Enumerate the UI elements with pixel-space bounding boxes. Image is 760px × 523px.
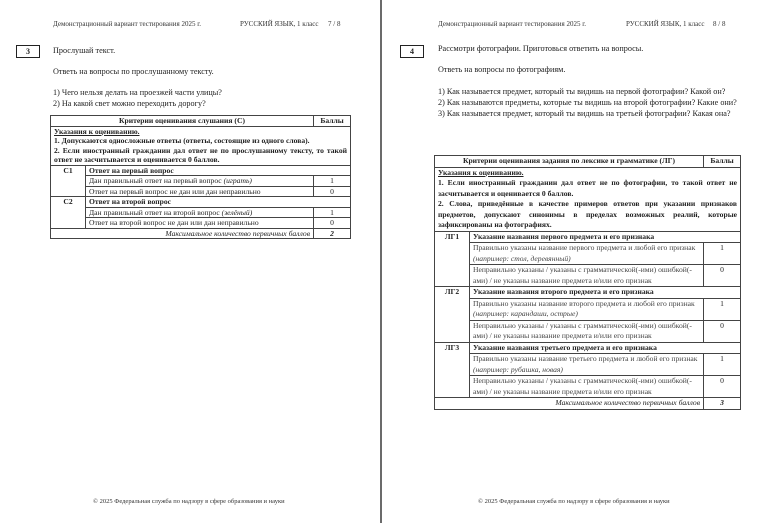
criterion-description: Правильно указаны название третьего пред… [470, 354, 704, 376]
criterion-points: 0 [704, 376, 741, 398]
criterion-code: ЛГ3 [435, 342, 470, 398]
table-row: Ответ на второй вопрос не дан или дан не… [51, 218, 351, 229]
criterion-description: Правильно указаны название второго предм… [470, 298, 704, 320]
criterion-points: 1 [704, 354, 741, 376]
header-variant: Демонстрационный вариант тестирования 20… [53, 20, 201, 28]
criterion-description: Правильно указаны название первого предм… [470, 243, 704, 265]
question-list: 1) Чего нельзя делать на проезжей части … [53, 87, 222, 109]
criterion-description: Неправильно указаны / указаны с граммати… [470, 376, 704, 398]
page-number: 7 / 8 [328, 20, 340, 28]
notes-title: Указания к оцениванию. [54, 127, 140, 136]
question-item: 2) Как называются предметы, которые ты в… [438, 97, 760, 108]
task-prompt: Ответь на вопросы по прослушанному текст… [53, 66, 214, 77]
criterion-title: Указание названия третьего предмета и ег… [470, 342, 741, 354]
points-header: Баллы [704, 156, 741, 168]
table-row: Ответ на первый вопрос не дан или дан не… [51, 186, 351, 197]
criterion-description: Ответ на первый вопрос не дан или дан не… [86, 186, 314, 197]
page-footer: © 2025 Федеральная служба по надзору в с… [478, 498, 670, 505]
header-subject: РУССКИЙ ЯЗЫК, 1 класс [626, 20, 704, 28]
criterion-title: Ответ на первый вопрос [86, 165, 351, 176]
criterion-description: Дан правильный ответ на первый вопрос (и… [86, 176, 314, 187]
max-points-value: 2 [314, 228, 351, 239]
page-footer: © 2025 Федеральная служба по надзору в с… [93, 498, 285, 505]
table-row: Дан правильный ответ на первый вопрос (и… [51, 176, 351, 187]
criterion-code: С2 [51, 197, 86, 229]
criterion-title: Ответ на второй вопрос [86, 197, 351, 208]
criterion-title: Указание названия второго предмета и его… [470, 287, 741, 299]
table-row: Правильно указаны название первого предм… [435, 243, 741, 265]
task-number-box: 3 [16, 45, 40, 58]
header-variant: Демонстрационный вариант тестирования 20… [438, 20, 586, 28]
grading-notes: Указания к оцениванию. 1. Допускаются од… [51, 126, 351, 165]
criterion-points: 1 [314, 176, 351, 187]
max-points-label: Максимальное количество первичных баллов [51, 228, 314, 239]
task-instruction: Прослушай текст. [53, 45, 115, 56]
page-8: Демонстрационный вариант тестирования 20… [382, 0, 760, 523]
listening-criteria-table: Критерии оценивания слушания (С) Баллы У… [50, 115, 351, 239]
table-row: Неправильно указаны / указаны с граммати… [435, 320, 741, 342]
note-item: 2. Если иностранный гражданин дал ответ … [54, 146, 347, 165]
lexis-grammar-criteria-table: Критерии оценивания задания по лексике и… [434, 155, 741, 410]
question-item: 2) На какой свет можно переходить дорогу… [53, 98, 222, 109]
criterion-description: Неправильно указаны / указаны с граммати… [470, 265, 704, 287]
header-subject: РУССКИЙ ЯЗЫК, 1 класс [240, 20, 318, 28]
table-row: Дан правильный ответ на второй вопрос (з… [51, 207, 351, 218]
page-number: 8 / 8 [713, 20, 725, 28]
criterion-points: 1 [704, 243, 741, 265]
answer-example: (играть) [224, 176, 252, 185]
grading-notes: Указания к оцениванию. 1. Если иностранн… [435, 167, 741, 231]
page-7: Демонстрационный вариант тестирования 20… [0, 0, 380, 523]
points-header: Баллы [314, 116, 351, 127]
max-points-label: Максимальное количество первичных баллов [435, 398, 704, 410]
criterion-code: С1 [51, 165, 86, 197]
note-item: 1. Допускаются односложные ответы (ответ… [54, 136, 310, 145]
criterion-code: ЛГ2 [435, 287, 470, 343]
answer-example: (например: рубашка, новая) [473, 365, 563, 374]
note-item: 1. Если иностранный гражданин дал ответ … [438, 178, 737, 198]
criteria-header: Критерии оценивания задания по лексике и… [435, 156, 704, 168]
criterion-points: 0 [704, 265, 741, 287]
answer-example: (зелёный) [222, 208, 253, 217]
note-item: 2. Слова, приведённые в качестве примеро… [438, 199, 737, 229]
question-item: 1) Чего нельзя делать на проезжей части … [53, 87, 222, 98]
criterion-description: Ответ на второй вопрос не дан или дан не… [86, 218, 314, 229]
table-row: Неправильно указаны / указаны с граммати… [435, 265, 741, 287]
task-prompt: Ответь на вопросы по фотографиям. [438, 64, 565, 75]
notes-title: Указания к оцениванию. [438, 168, 524, 177]
table-row: Правильно указаны название третьего пред… [435, 354, 741, 376]
answer-example: (например: стол, деревянный) [473, 254, 571, 263]
criterion-points: 0 [314, 218, 351, 229]
criterion-description: Дан правильный ответ на второй вопрос (з… [86, 207, 314, 218]
table-row: Правильно указаны название второго предм… [435, 298, 741, 320]
criterion-points: 0 [314, 186, 351, 197]
criterion-points: 0 [704, 320, 741, 342]
criteria-header: Критерии оценивания слушания (С) [51, 116, 314, 127]
criterion-code: ЛГ1 [435, 231, 470, 287]
max-points-value: 3 [704, 398, 741, 410]
criterion-title: Указание названия первого предмета и его… [470, 231, 741, 243]
criterion-description: Неправильно указаны / указаны с граммати… [470, 320, 704, 342]
question-list: 1) Как называется предмет, который ты ви… [438, 86, 760, 119]
task-instruction: Рассмотри фотографии. Приготовься ответи… [438, 43, 643, 54]
question-item: 1) Как называется предмет, который ты ви… [438, 86, 760, 97]
question-item: 3) Как называется предмет, который ты ви… [438, 108, 760, 119]
criterion-points: 1 [314, 207, 351, 218]
table-row: Неправильно указаны / указаны с граммати… [435, 376, 741, 398]
answer-example: (например: карандаши, острые) [473, 309, 578, 318]
criterion-points: 1 [704, 298, 741, 320]
task-number-box: 4 [400, 45, 424, 58]
